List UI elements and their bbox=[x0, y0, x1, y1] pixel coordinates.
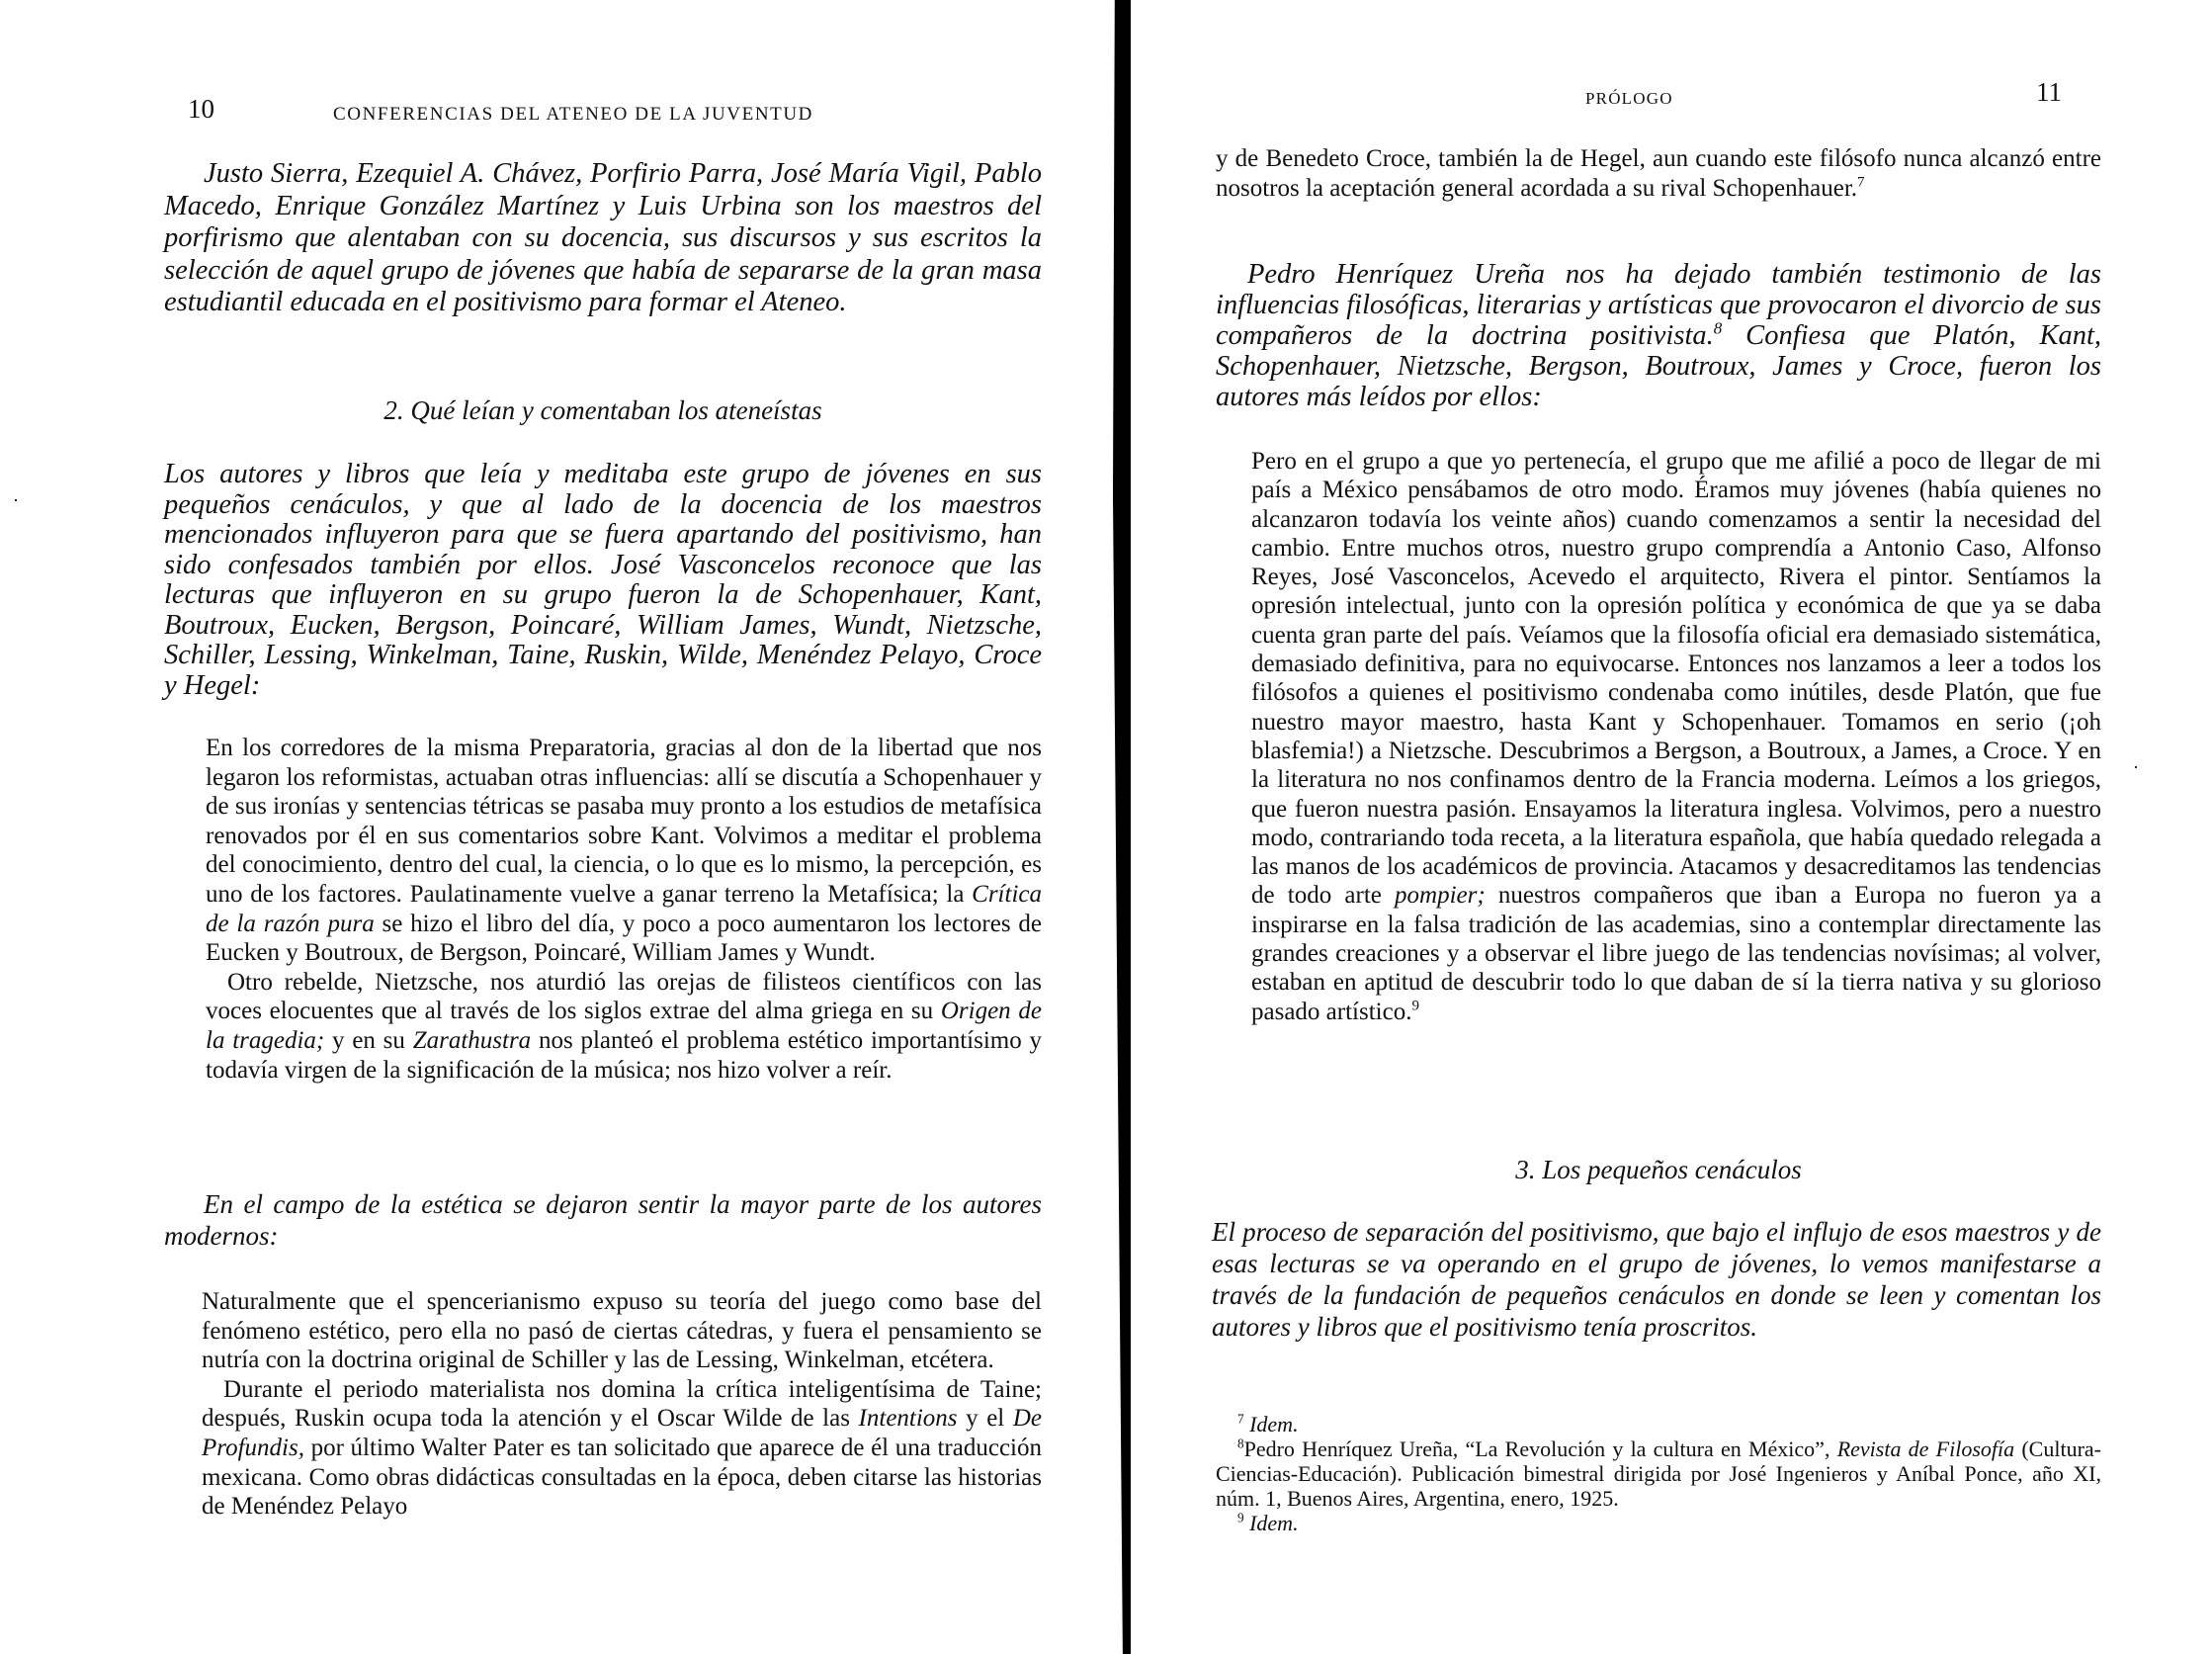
block-quote-henriquez: Pero en el grupo a que yo pertenecía, el… bbox=[1251, 447, 2101, 1026]
quote-paragraph: Naturalmente que el spencerianismo expus… bbox=[202, 1287, 1042, 1375]
section-heading-3: 3. Los pequeños cenáculos bbox=[1216, 1155, 2101, 1185]
intro-paragraph: Justo Sierra, Ezequiel A. Chávez, Porfir… bbox=[164, 158, 1042, 319]
footnote: 9 Idem. bbox=[1216, 1511, 2101, 1535]
book-title: Zarathustra bbox=[413, 1027, 531, 1054]
quote-paragraph: Otro rebelde, Nietzsche, nos aturdió las… bbox=[206, 968, 1042, 1085]
page-number: 10 bbox=[188, 94, 214, 125]
section-heading-2: 2. Qué leían y comentaban los ateneístas bbox=[164, 395, 1042, 426]
footnotes: 7 Idem. 8Pedro Henríquez Ureña, “La Revo… bbox=[1216, 1412, 2101, 1535]
quote-paragraph: Durante el periodo materialista nos domi… bbox=[202, 1375, 1042, 1522]
left-page: 10 CONFERENCIAS DEL ATENEO DE LA JUVENTU… bbox=[0, 0, 1112, 1654]
section-2-paragraph: Los autores y libros que leía y meditaba… bbox=[164, 460, 1042, 701]
footnote-ref[interactable]: 8 bbox=[1714, 319, 1723, 338]
continuation-paragraph: y de Benedeto Croce, también la de Hegel… bbox=[1216, 144, 2101, 203]
foreign-term: pompier; bbox=[1395, 882, 1486, 909]
scan-speck bbox=[2135, 766, 2137, 768]
footnote-ref[interactable]: 9 bbox=[1411, 998, 1419, 1013]
footnote: 7 Idem. bbox=[1216, 1412, 2101, 1436]
block-quote-aesthetics: Naturalmente que el spencerianismo expus… bbox=[202, 1287, 1042, 1522]
scan-speck bbox=[15, 499, 17, 501]
book-binding-gutter bbox=[1113, 0, 1131, 1654]
footnote: 8Pedro Henríquez Ureña, “La Revolución y… bbox=[1216, 1436, 2101, 1511]
right-page: PRÓLOGO 11 y de Benedeto Croce, también … bbox=[1137, 0, 2212, 1654]
running-head: CONFERENCIAS DEL ATENEO DE LA JUVENTUD bbox=[333, 104, 813, 126]
footnote-ref[interactable]: 7 bbox=[1857, 174, 1865, 190]
quote-paragraph: Pero en el grupo a que yo pertenecía, el… bbox=[1251, 447, 2101, 1026]
book-title: Intentions bbox=[859, 1405, 958, 1432]
aesthetic-paragraph: En el campo de la estética se dejaron se… bbox=[164, 1188, 1042, 1252]
section-3-paragraph: El proceso de separación del positivismo… bbox=[1212, 1216, 2101, 1343]
block-quote-vasconcelos: En los corredores de la misma Preparator… bbox=[206, 734, 1042, 1085]
page-number: 11 bbox=[2036, 77, 2062, 108]
quote-paragraph: En los corredores de la misma Preparator… bbox=[206, 734, 1042, 968]
henriquez-paragraph: Pedro Henríquez Ureña nos ha dejado tamb… bbox=[1216, 259, 2101, 412]
running-head: PRÓLOGO bbox=[1585, 89, 1673, 109]
